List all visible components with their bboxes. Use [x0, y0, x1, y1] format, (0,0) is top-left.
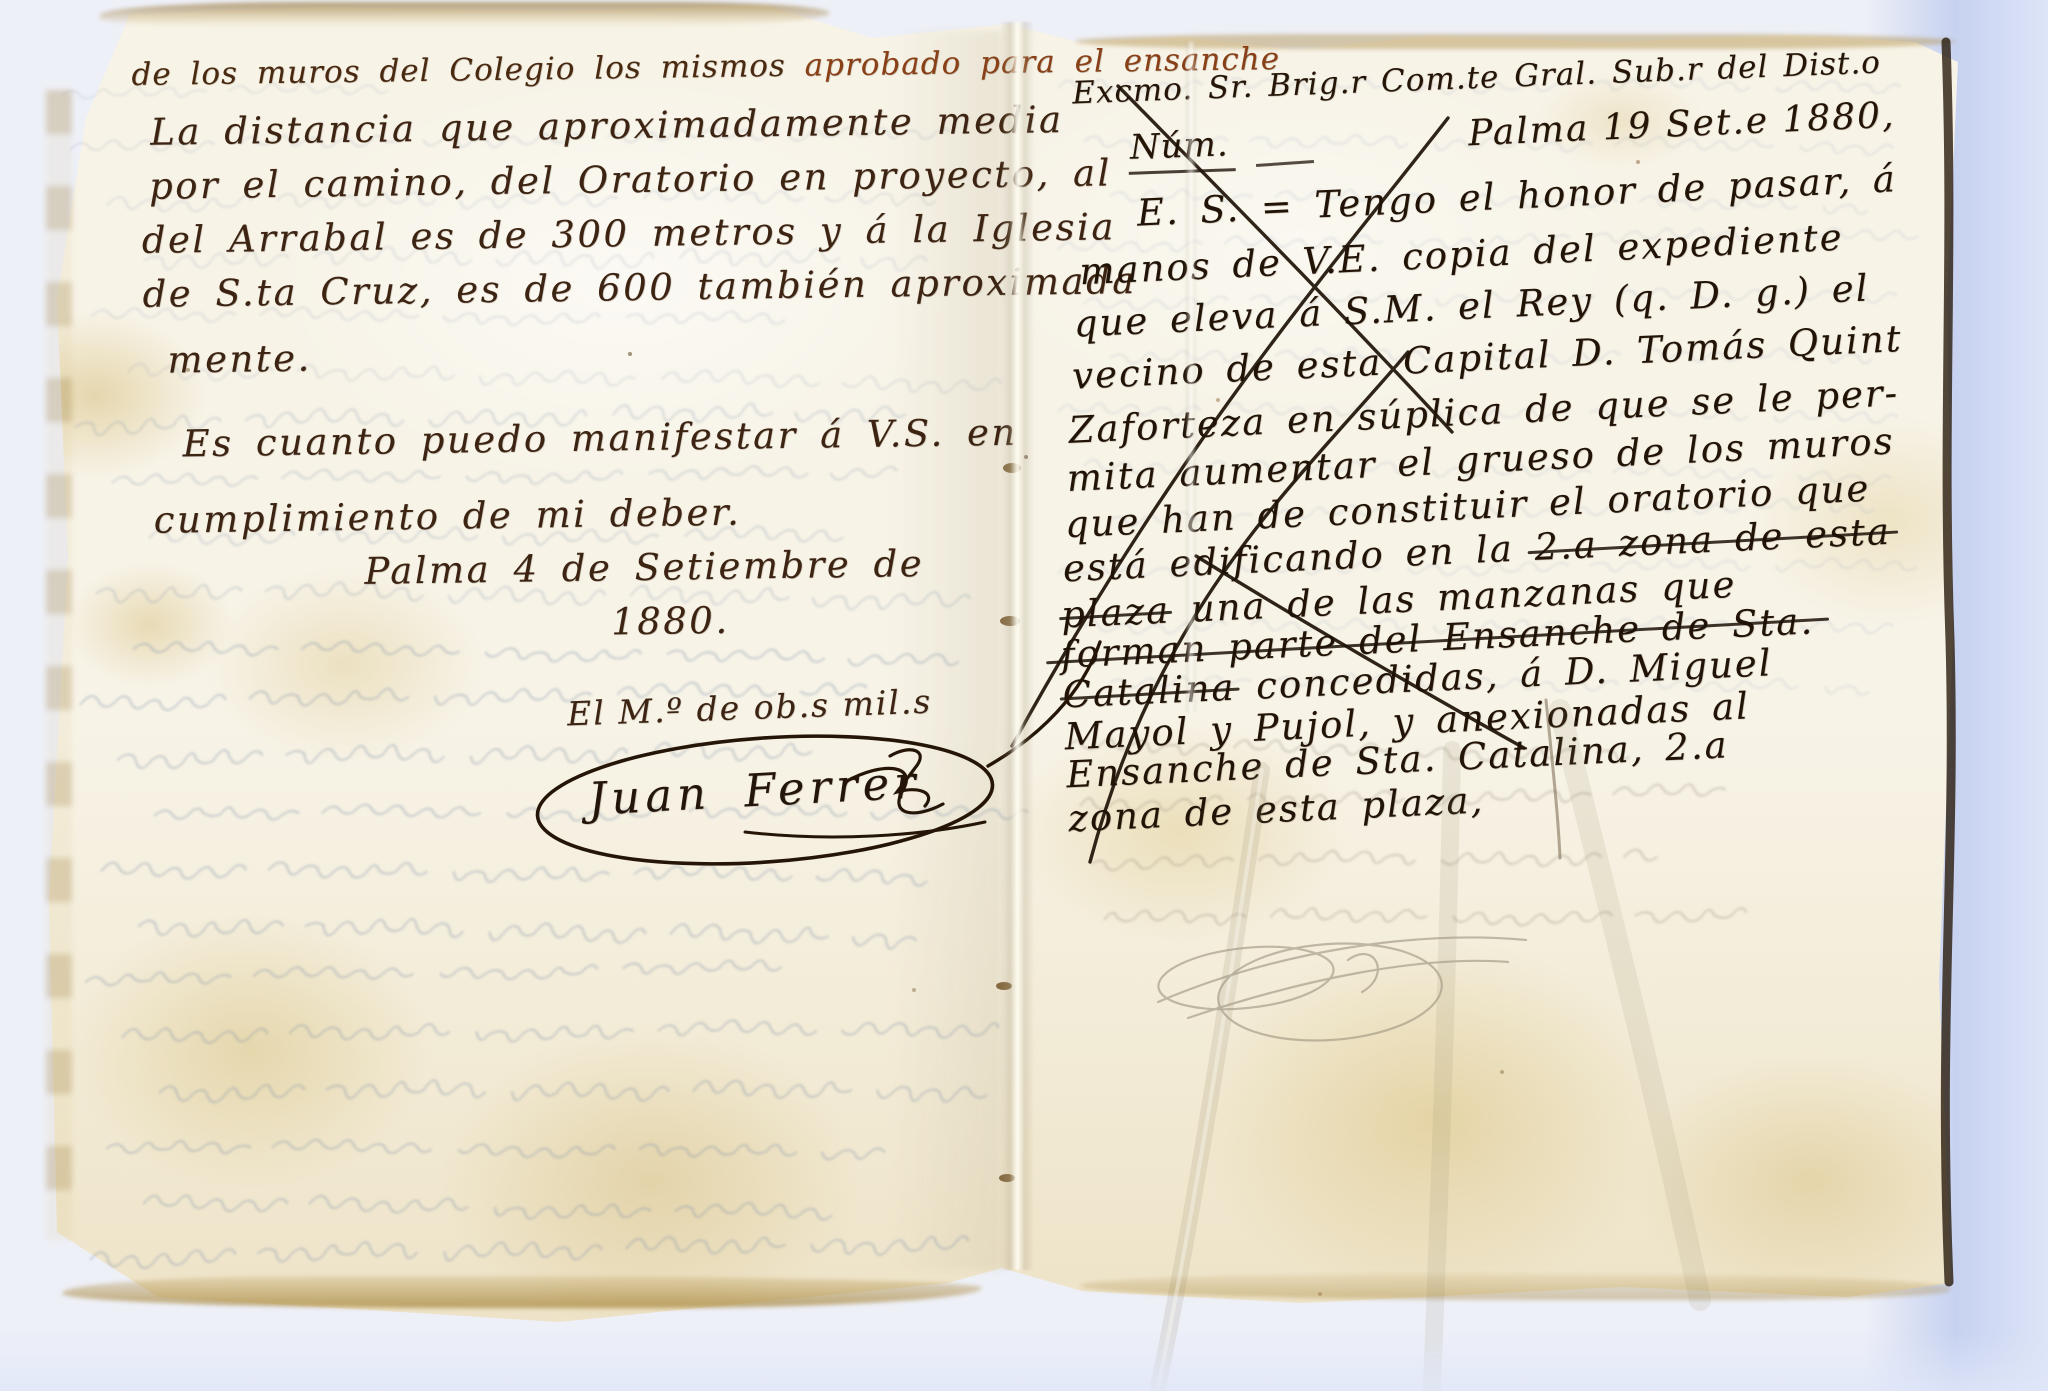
- text-segment: del Arrabal es de 300 metros y á la Igle…: [141, 205, 1116, 262]
- scanned-manuscript: de los muros del Colegio los mismos apro…: [0, 0, 2048, 1391]
- text-segment: La distancia que aproximadamente media: [150, 98, 1064, 154]
- right-page-text: E. S. = Tengo el honor de pasar, ámanos …: [1040, 157, 1925, 841]
- text-segment: de S.ta Cruz, es de 600 también aproxima…: [142, 259, 1137, 316]
- text-segment: de los muros del Colegio los mismos: [131, 48, 805, 93]
- text-segment: Es cuanto puedo manifestar á V.S. en: [182, 411, 1018, 466]
- text-segment: mente.: [167, 337, 312, 382]
- text-segment: Palma 4 de Setiembre de: [364, 542, 924, 593]
- number-label: Núm.: [1127, 124, 1235, 175]
- text-segment: cumplimiento de mi deber.: [153, 491, 741, 542]
- text-segment: por el camino, del Oratorio en proyecto,…: [149, 151, 1112, 207]
- text-segment: 1880.: [611, 599, 730, 644]
